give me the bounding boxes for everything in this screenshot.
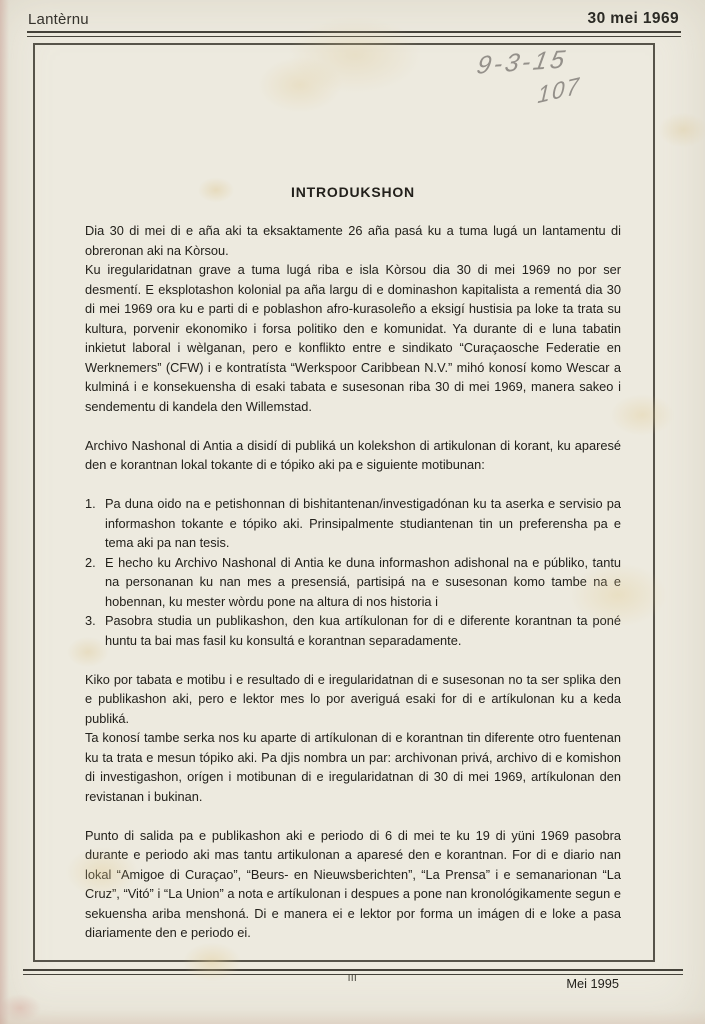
paragraph-events: Ku iregularidatnan grave a tuma lugá rib… bbox=[85, 260, 621, 416]
journal-name: Lantèrnu bbox=[28, 11, 89, 28]
scanned-document-page: Lantèrnu 30 mei 1969 9-3-15 107 INTRODUK… bbox=[0, 0, 705, 1024]
list-text: E hecho ku Archivo Nashonal di Antia ke … bbox=[105, 553, 621, 612]
list-text: Pasobra studia un publikashon, den kua a… bbox=[105, 611, 621, 650]
list-number: 1. bbox=[85, 494, 105, 553]
paragraph-opening: Dia 30 di mei di e aña aki ta eksaktamen… bbox=[85, 221, 621, 260]
list-number: 2. bbox=[85, 553, 105, 612]
paragraph-sources: Ta konosí tambe serka nos ku aparte di a… bbox=[85, 728, 621, 806]
content-frame: INTRODUKSHON Dia 30 di mei di e aña aki … bbox=[33, 43, 655, 962]
paragraph-motives: Kiko por tabata e motibu i e resultado d… bbox=[85, 670, 621, 729]
document-title: INTRODUKSHON bbox=[85, 184, 621, 200]
document-body: Dia 30 di mei di e aña aki ta eksaktamen… bbox=[85, 221, 621, 993]
paragraph-archive-intro: Archivo Nashonal di Antia a disidí di pu… bbox=[85, 436, 621, 475]
header-double-rule bbox=[27, 31, 681, 37]
handwritten-annotation: 9-3-15 107 bbox=[476, 44, 582, 109]
list-text: Pa duna oido na e petishonnan di bishita… bbox=[105, 494, 621, 553]
list-item-3: 3. Pasobra studia un publikashon, den ku… bbox=[85, 611, 621, 650]
list-item-1: 1. Pa duna oido na e petishonnan di bish… bbox=[85, 494, 621, 553]
paragraph-period: Punto di salida pa e publikashon aki e p… bbox=[85, 826, 621, 943]
issue-date: 30 mei 1969 bbox=[588, 10, 679, 28]
list-number: 3. bbox=[85, 611, 105, 650]
page-number: III bbox=[0, 973, 705, 984]
list-item-2: 2. E hecho ku Archivo Nashonal di Antia … bbox=[85, 553, 621, 612]
